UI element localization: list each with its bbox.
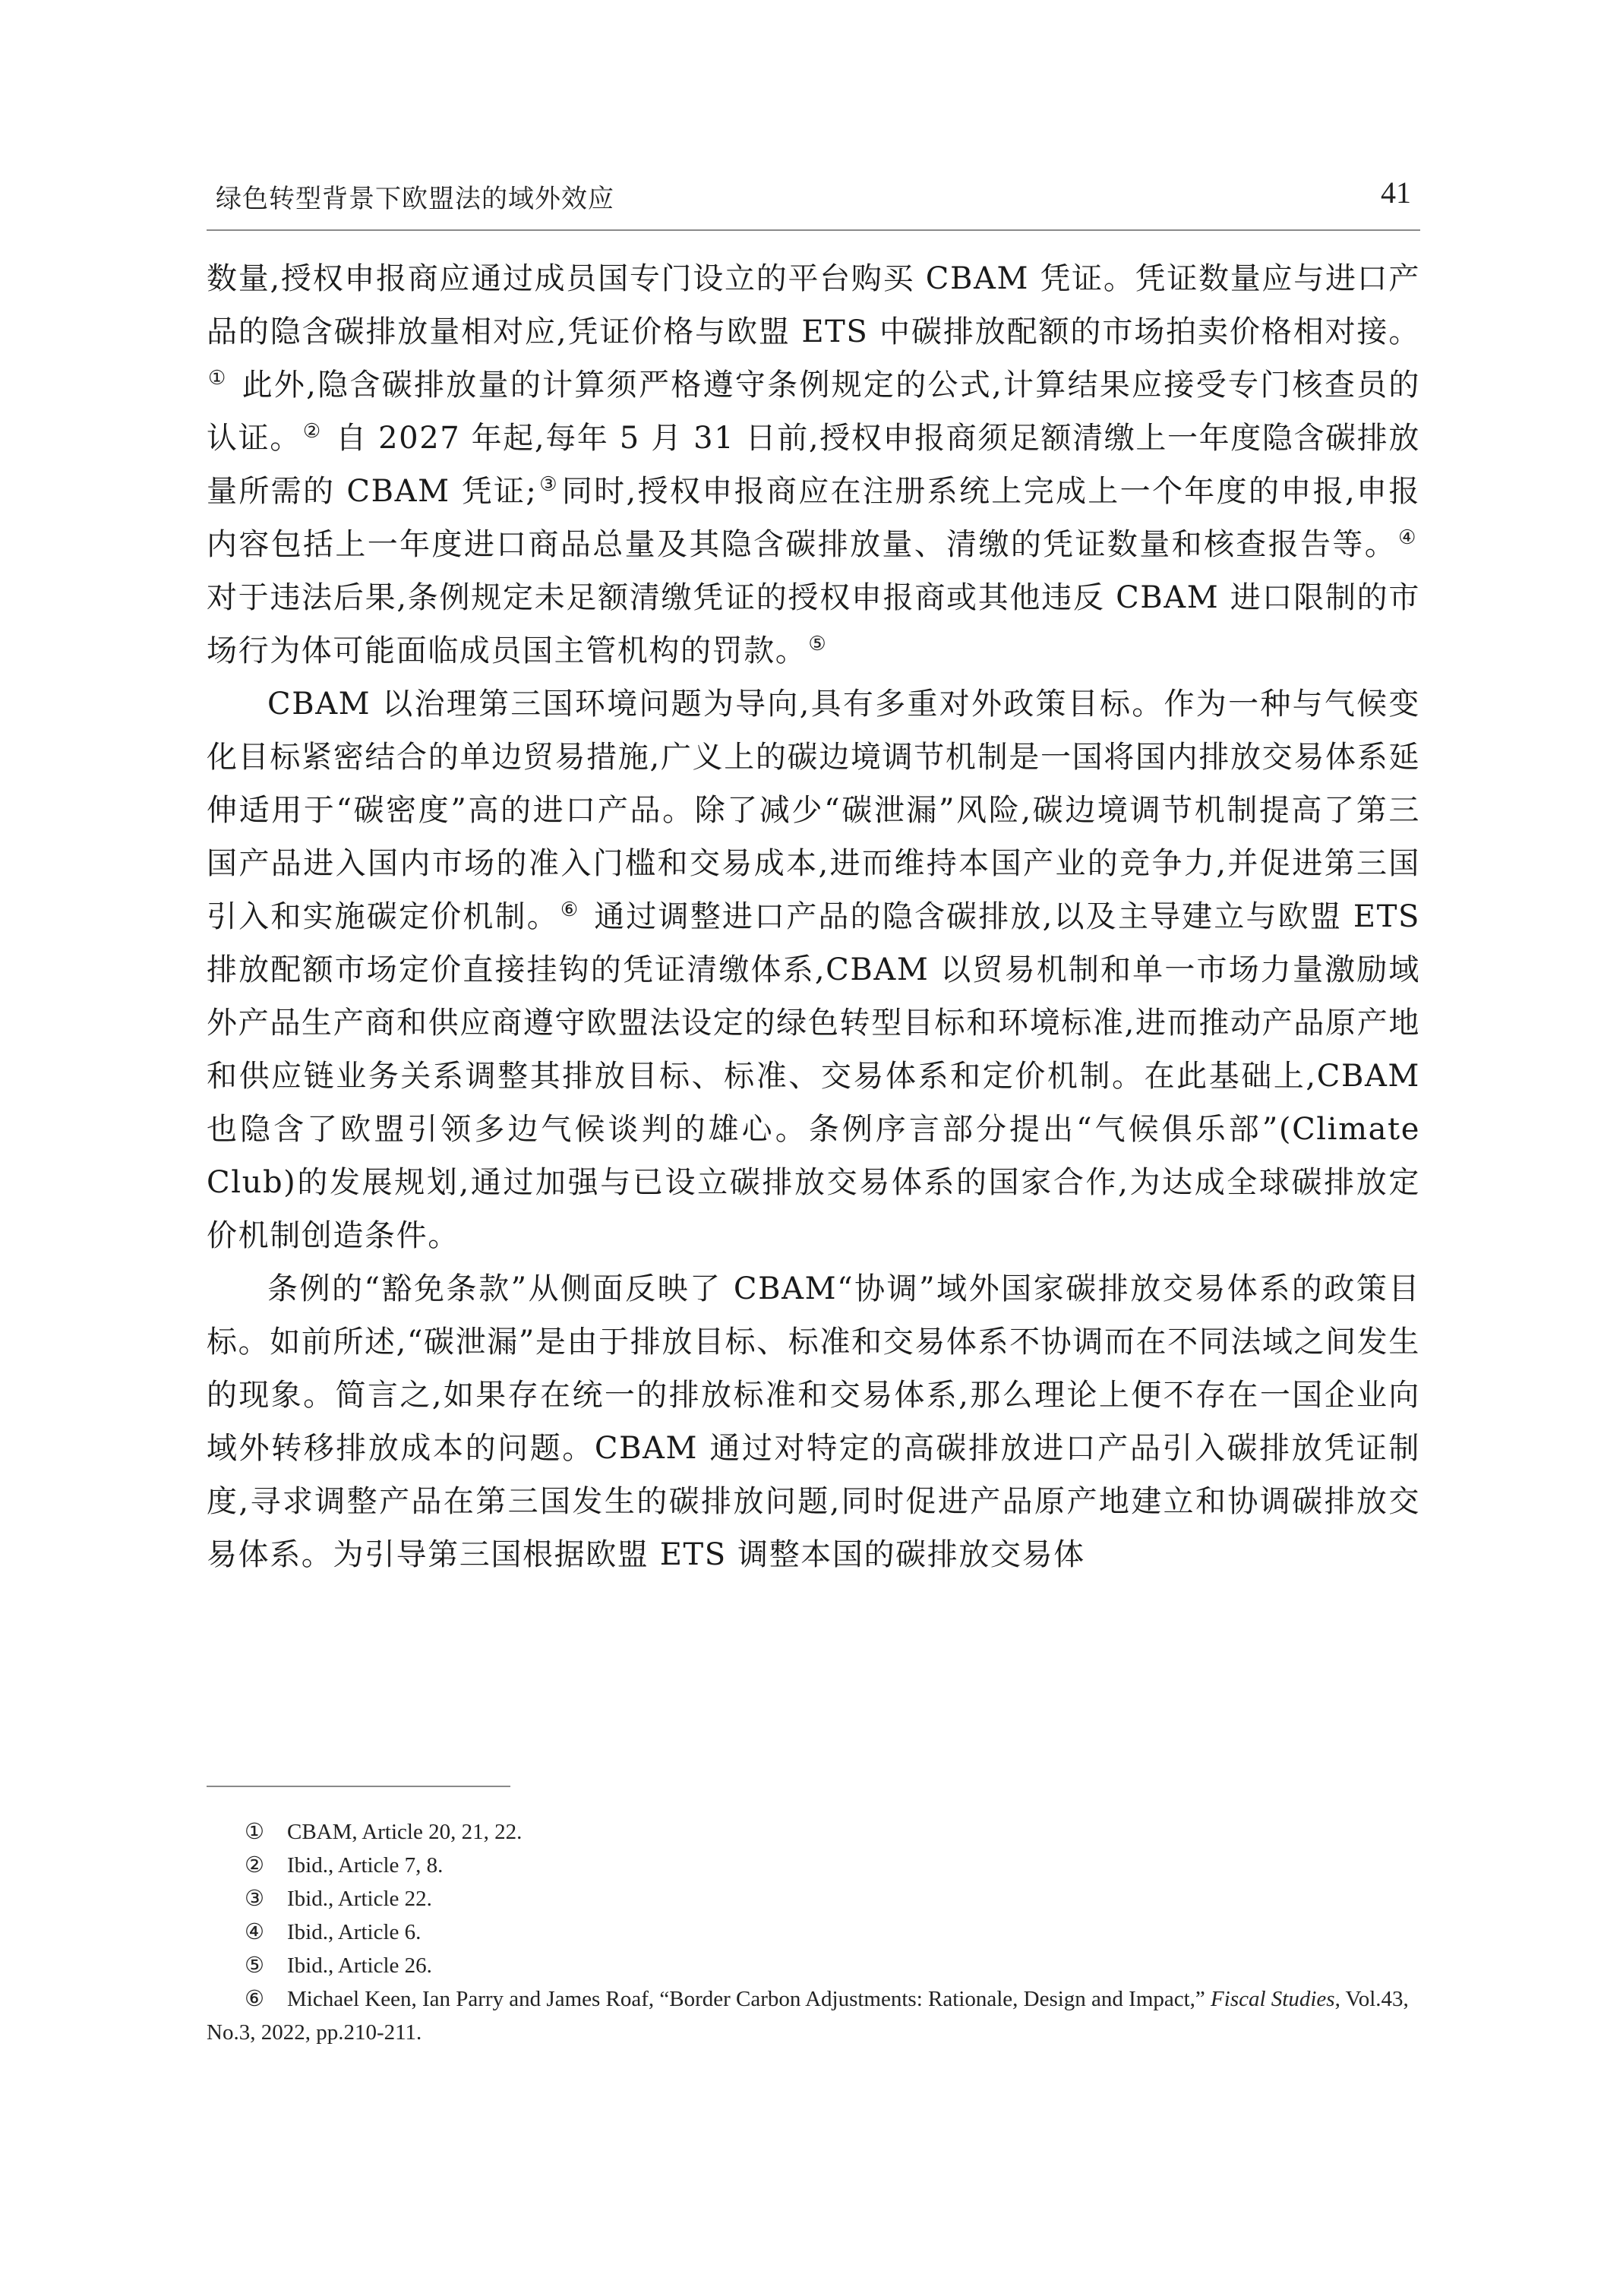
footnote-text: Michael Keen, Ian Parry and James Roaf, … <box>287 1987 1211 2011</box>
body-text: 数量,授权申报商应通过成员国专门设立的平台购买 CBAM 凭证。凭证数量应与进口… <box>207 252 1420 1581</box>
footnote-ref-6[interactable]: ⑥ <box>560 899 579 921</box>
footnote-1: ①CBAM, Article 20, 21, 22. <box>207 1815 1420 1849</box>
footnote-divider <box>207 1786 510 1787</box>
running-title: 绿色转型背景下欧盟法的域外效应 <box>216 178 614 215</box>
footnote-mark: ③ <box>245 1882 287 1915</box>
header-divider <box>207 229 1420 231</box>
footnote-text: Ibid., Article 22. <box>287 1887 432 1911</box>
paragraph-text: CBAM 以治理第三国环境问题为导向,具有多重对外政策目标。作为一种与气候变化目… <box>207 687 1420 934</box>
paragraph-1: 数量,授权申报商应通过成员国专门设立的平台购买 CBAM 凭证。凭证数量应与进口… <box>207 252 1420 677</box>
running-header: 绿色转型背景下欧盟法的域外效应 41 <box>207 173 1420 216</box>
footnote-4: ④Ibid., Article 6. <box>207 1915 1420 1949</box>
footnote-ref-2[interactable]: ② <box>303 420 322 443</box>
footnote-3: ③Ibid., Article 22. <box>207 1882 1420 1915</box>
footnote-text: Ibid., Article 6. <box>287 1920 421 1944</box>
footnote-mark: ② <box>245 1849 287 1882</box>
footnote-mark: ① <box>245 1815 287 1849</box>
paragraph-text: 条例的“豁免条款”从侧面反映了 CBAM“协调”域外国家碳排放交易体系的政策目标… <box>207 1271 1420 1572</box>
paragraph-3: 条例的“豁免条款”从侧面反映了 CBAM“协调”域外国家碳排放交易体系的政策目标… <box>207 1262 1420 1581</box>
footnote-text: Ibid., Article 7, 8. <box>287 1853 443 1878</box>
journal-title: Fiscal Studies <box>1211 1987 1335 2011</box>
footnote-mark: ④ <box>245 1915 287 1949</box>
page-number: 41 <box>1381 175 1411 210</box>
footnote-ref-4[interactable]: ④ <box>1398 526 1417 549</box>
paragraph-text: 通过调整进口产品的隐含碳排放,以及主导建立与欧盟 ETS 排放配额市场定价直接挂… <box>207 899 1420 1253</box>
footnote-mark: ⑥ <box>245 1982 287 2016</box>
footnotes: ①CBAM, Article 20, 21, 22. ②Ibid., Artic… <box>207 1815 1420 2049</box>
footnote-2: ②Ibid., Article 7, 8. <box>207 1849 1420 1882</box>
footnote-mark: ⑤ <box>245 1949 287 1982</box>
paragraph-2: CBAM 以治理第三国环境问题为导向,具有多重对外政策目标。作为一种与气候变化目… <box>207 677 1420 1262</box>
footnote-5: ⑤Ibid., Article 26. <box>207 1949 1420 1982</box>
footnote-ref-3[interactable]: ③ <box>538 473 558 496</box>
footnote-6: ⑥Michael Keen, Ian Parry and James Roaf,… <box>207 1982 1420 2049</box>
footnote-ref-5[interactable]: ⑤ <box>808 633 827 655</box>
footnote-ref-1[interactable]: ① <box>208 367 228 390</box>
footnote-text: Ibid., Article 26. <box>287 1953 432 1978</box>
footnote-text: CBAM, Article 20, 21, 22. <box>287 1820 522 1844</box>
paragraph-text: 数量,授权申报商应通过成员国专门设立的平台购买 CBAM 凭证。凭证数量应与进口… <box>207 261 1420 349</box>
